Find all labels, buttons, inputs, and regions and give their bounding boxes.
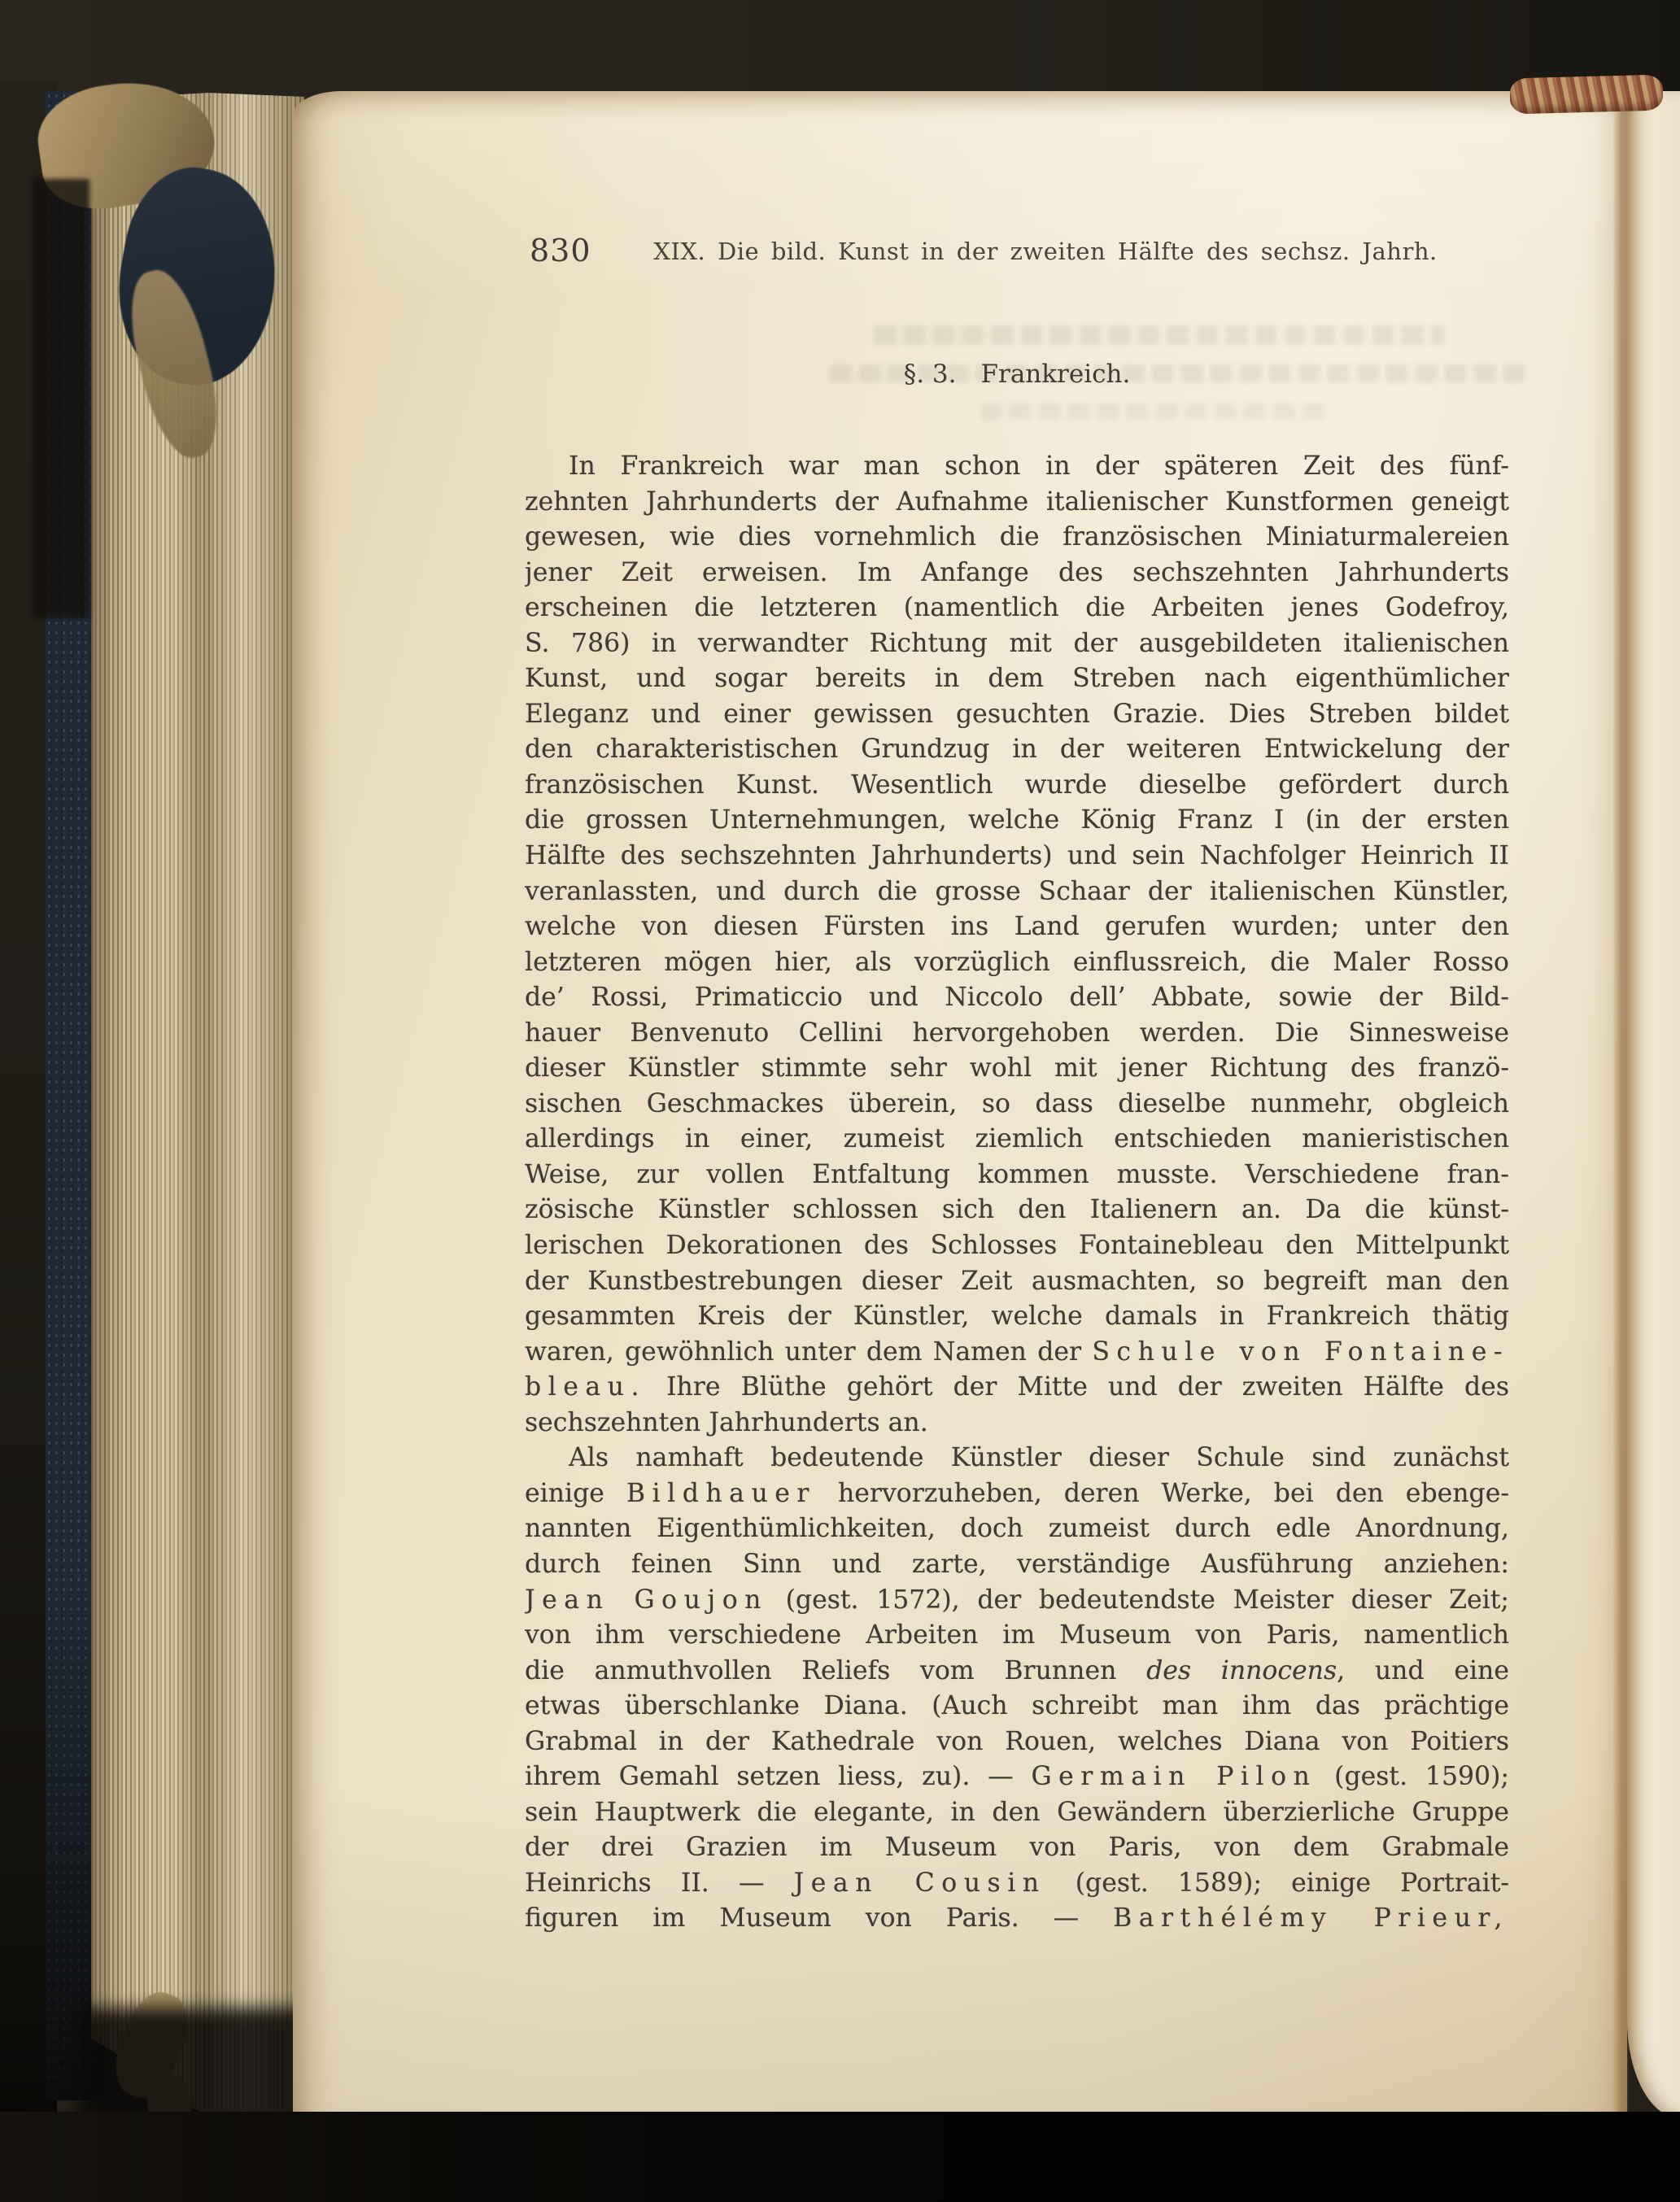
text-segment: den charakteristischen Grundzug in der w… xyxy=(525,735,1509,764)
text-segment: sechszehnten Jahrhunderts an. xyxy=(525,1408,928,1437)
letterspaced-name: Bildhauer xyxy=(626,1479,816,1508)
text-line: Grabmal in der Kathedrale von Rouen, wel… xyxy=(525,1725,1509,1760)
text-segment: letzteren mögen hier, als vorzüglich ein… xyxy=(525,948,1509,977)
letterspaced-name: Jean Goujon xyxy=(525,1585,768,1615)
text-segment: sischen Geschmackes überein, so dass die… xyxy=(525,1089,1509,1118)
text-segment: S. 786) in verwandter Richtung mit der a… xyxy=(525,629,1509,658)
text-line: hauer Benvenuto Cellini hervorgehoben we… xyxy=(525,1016,1509,1052)
text-segment: der drei Grazien im Museum von Paris, vo… xyxy=(525,1833,1509,1862)
running-header: XIX. Die bild. Kunst in der zweiten Hälf… xyxy=(525,238,1509,265)
section-heading: §. 3. Frankreich. xyxy=(525,360,1509,389)
text-segment: dieser Künstler stimmte sehr wohl mit je… xyxy=(525,1053,1509,1083)
section-title: Frankreich. xyxy=(980,360,1130,389)
text-segment: Als namhaft bedeutende Künstler dieser S… xyxy=(569,1443,1509,1472)
text-segment: jener Zeit erweisen. Im Anfange des sech… xyxy=(525,558,1509,587)
text-segment: de’ Rossi, Primaticcio und Niccolo dell’… xyxy=(525,983,1509,1012)
text-line: einige Bildhauer hervorzuheben, deren We… xyxy=(525,1476,1509,1512)
text-segment: Heinrichs II. — xyxy=(525,1868,794,1898)
italic-text: des innocens xyxy=(1146,1656,1337,1685)
text-segment: sein Hauptwerk die elegante, in den Gewä… xyxy=(525,1798,1509,1827)
text-segment: (gest. 1589); einige Portrait- xyxy=(1046,1868,1509,1898)
text-line: dieser Künstler stimmte sehr wohl mit je… xyxy=(525,1051,1509,1087)
scanned-book-photo: 830 XIX. Die bild. Kunst in der zweiten … xyxy=(0,0,1680,2202)
text-segment: Hälfte des sechszehnten Jahrhunderts) un… xyxy=(525,841,1509,870)
text-segment: In Frankreich war man schon in der späte… xyxy=(569,451,1509,481)
text-segment: französischen Kunst. Wesentlich wurde di… xyxy=(525,770,1509,800)
text-segment: hervorzuheben, deren Werke, bei den eben… xyxy=(816,1479,1509,1508)
text-segment: Kunst, und sogar bereits in dem Streben … xyxy=(525,664,1509,693)
letterspaced-name: Schule von Fontaine- xyxy=(1092,1337,1509,1367)
text-segment: welche von diesen Fürsten ins Land geruf… xyxy=(525,912,1509,941)
running-header-row: 830 XIX. Die bild. Kunst in der zweiten … xyxy=(525,238,1509,278)
text-line: jener Zeit erweisen. Im Anfange des sech… xyxy=(525,556,1509,591)
text-line: Als namhaft bedeutende Künstler dieser S… xyxy=(525,1441,1509,1476)
text-segment: etwas überschlanke Diana. (Auch schreibt… xyxy=(525,1691,1509,1720)
text-line: ihrem Gemahl setzen liess, zu). — Germai… xyxy=(525,1759,1509,1795)
text-segment: der Kunstbestrebungen dieser Zeit ausmac… xyxy=(525,1267,1509,1296)
text-line: Weise, zur vollen Entfaltung kommen muss… xyxy=(525,1158,1509,1193)
text-line: Heinrichs II. — Jean Cousin (gest. 1589)… xyxy=(525,1866,1509,1902)
text-segment: allerdings in einer, zumeist ziemlich en… xyxy=(525,1124,1509,1153)
text-line: Kunst, und sogar bereits in dem Streben … xyxy=(525,661,1509,697)
cover-gap-shadow xyxy=(33,179,89,618)
text-line: zehnten Jahrhunderts der Aufnahme italie… xyxy=(525,485,1509,521)
text-segment: figuren im Museum von Paris. — xyxy=(525,1903,1113,1933)
text-segment: Eleganz und einer gewissen gesuchten Gra… xyxy=(525,700,1509,729)
text-line: französischen Kunst. Wesentlich wurde di… xyxy=(525,768,1509,804)
bleedthrough-ghost-line xyxy=(875,325,1444,345)
text-line: bleau. Ihre Blüthe gehört der Mitte und … xyxy=(525,1370,1509,1406)
text-segment: hauer Benvenuto Cellini hervorgehoben we… xyxy=(525,1018,1509,1048)
text-segment: erscheinen die letzteren (namentlich die… xyxy=(525,593,1509,622)
letterspaced-name: Barthélémy Prieur, xyxy=(1113,1903,1509,1933)
text-line: nannten Eigenthümlichkeiten, doch zumeis… xyxy=(525,1511,1509,1547)
text-line: In Frankreich war man schon in der späte… xyxy=(525,449,1509,485)
text-segment: gesammten Kreis der Künstler, welche dam… xyxy=(525,1302,1509,1331)
section-prefix: §. 3. xyxy=(904,360,957,389)
text-line: veranlassten, und durch die grosse Schaa… xyxy=(525,874,1509,910)
text-segment: die grossen Unternehmungen, welche König… xyxy=(525,805,1509,835)
printed-content: 830 XIX. Die bild. Kunst in der zweiten … xyxy=(525,91,1509,2147)
text-segment: ihrem Gemahl setzen liess, zu). — xyxy=(525,1762,1031,1791)
text-line: der Kunstbestrebungen dieser Zeit ausmac… xyxy=(525,1264,1509,1300)
headband xyxy=(1509,75,1663,115)
body-text: In Frankreich war man schon in der späte… xyxy=(525,449,1509,1937)
text-line: waren, gewöhnlich unter dem Namen der Sc… xyxy=(525,1335,1509,1371)
text-line: Jean Goujon (gest. 1572), der bedeutends… xyxy=(525,1583,1509,1619)
text-segment: von ihm verschiedene Arbeiten im Museum … xyxy=(525,1620,1509,1650)
text-segment: gewesen, wie dies vornehmlich die franzö… xyxy=(525,522,1509,552)
text-segment: veranlassten, und durch die grosse Schaa… xyxy=(525,877,1509,906)
text-line: Hälfte des sechszehnten Jahrhunderts) un… xyxy=(525,839,1509,874)
text-segment: die anmuthvollen Reliefs vom Brunnen xyxy=(525,1656,1146,1685)
text-segment: Weise, zur vollen Entfaltung kommen muss… xyxy=(525,1160,1509,1189)
text-line: sischen Geschmackes überein, so dass die… xyxy=(525,1087,1509,1123)
text-segment: Grabmal in der Kathedrale von Rouen, wel… xyxy=(525,1727,1509,1756)
page-number: 830 xyxy=(530,233,591,268)
text-line: welche von diesen Fürsten ins Land geruf… xyxy=(525,909,1509,945)
text-segment: nannten Eigenthümlichkeiten, doch zumeis… xyxy=(525,1514,1509,1543)
text-line: S. 786) in verwandter Richtung mit der a… xyxy=(525,626,1509,662)
text-line: sechszehnten Jahrhunderts an. xyxy=(525,1406,1509,1441)
text-line: etwas überschlanke Diana. (Auch schreibt… xyxy=(525,1689,1509,1725)
letterspaced-name: bleau. xyxy=(525,1372,646,1402)
text-segment: waren, gewöhnlich unter dem Namen der xyxy=(525,1337,1092,1367)
text-segment: , und eine xyxy=(1337,1656,1509,1685)
text-line: der drei Grazien im Museum von Paris, vo… xyxy=(525,1830,1509,1866)
text-segment: (gest. 1572), der bedeutendste Meister d… xyxy=(768,1585,1509,1615)
text-line: den charakteristischen Grundzug in der w… xyxy=(525,732,1509,768)
text-segment: einige xyxy=(525,1479,626,1508)
text-line: gesammten Kreis der Künstler, welche dam… xyxy=(525,1299,1509,1335)
text-line: zösische Künstler schlossen sich den Ita… xyxy=(525,1193,1509,1228)
text-line: gewesen, wie dies vornehmlich die franzö… xyxy=(525,520,1509,556)
facing-page-edge xyxy=(1627,91,1680,2118)
book-page: 830 XIX. Die bild. Kunst in der zweiten … xyxy=(293,91,1627,2147)
text-line: de’ Rossi, Primaticcio und Niccolo dell’… xyxy=(525,980,1509,1016)
text-line: von ihm verschiedene Arbeiten im Museum … xyxy=(525,1618,1509,1654)
text-segment: zehnten Jahrhunderts der Aufnahme italie… xyxy=(525,487,1509,517)
text-line: allerdings in einer, zumeist ziemlich en… xyxy=(525,1122,1509,1158)
text-segment: Ihre Blüthe gehört der Mitte und der zwe… xyxy=(646,1372,1509,1402)
background-bottom xyxy=(0,2112,1680,2202)
text-line: die grossen Unternehmungen, welche König… xyxy=(525,803,1509,839)
text-segment: (gest. 1590); xyxy=(1316,1762,1509,1791)
bleedthrough-ghost-line xyxy=(980,403,1330,420)
text-line: die anmuthvollen Reliefs vom Brunnen des… xyxy=(525,1654,1509,1690)
letterspaced-name: Jean Cousin xyxy=(794,1868,1046,1898)
letterspaced-name: Germain Pilon xyxy=(1031,1762,1316,1791)
text-line: erscheinen die letzteren (namentlich die… xyxy=(525,591,1509,626)
text-line: figuren im Museum von Paris. — Barthélém… xyxy=(525,1901,1509,1937)
text-line: Eleganz und einer gewissen gesuchten Gra… xyxy=(525,697,1509,733)
gutter-shadow xyxy=(1612,91,1629,2126)
background-top xyxy=(0,0,1680,98)
text-segment: durch feinen Sinn und zarte, verständige… xyxy=(525,1550,1509,1579)
text-segment: zösische Künstler schlossen sich den Ita… xyxy=(525,1195,1509,1224)
text-line: durch feinen Sinn und zarte, verständige… xyxy=(525,1547,1509,1583)
text-line: lerischen Dekorationen des Schlosses Fon… xyxy=(525,1228,1509,1264)
text-segment: lerischen Dekorationen des Schlosses Fon… xyxy=(525,1231,1509,1260)
text-line: sein Hauptwerk die elegante, in den Gewä… xyxy=(525,1795,1509,1831)
text-line: letzteren mögen hier, als vorzüglich ein… xyxy=(525,945,1509,981)
